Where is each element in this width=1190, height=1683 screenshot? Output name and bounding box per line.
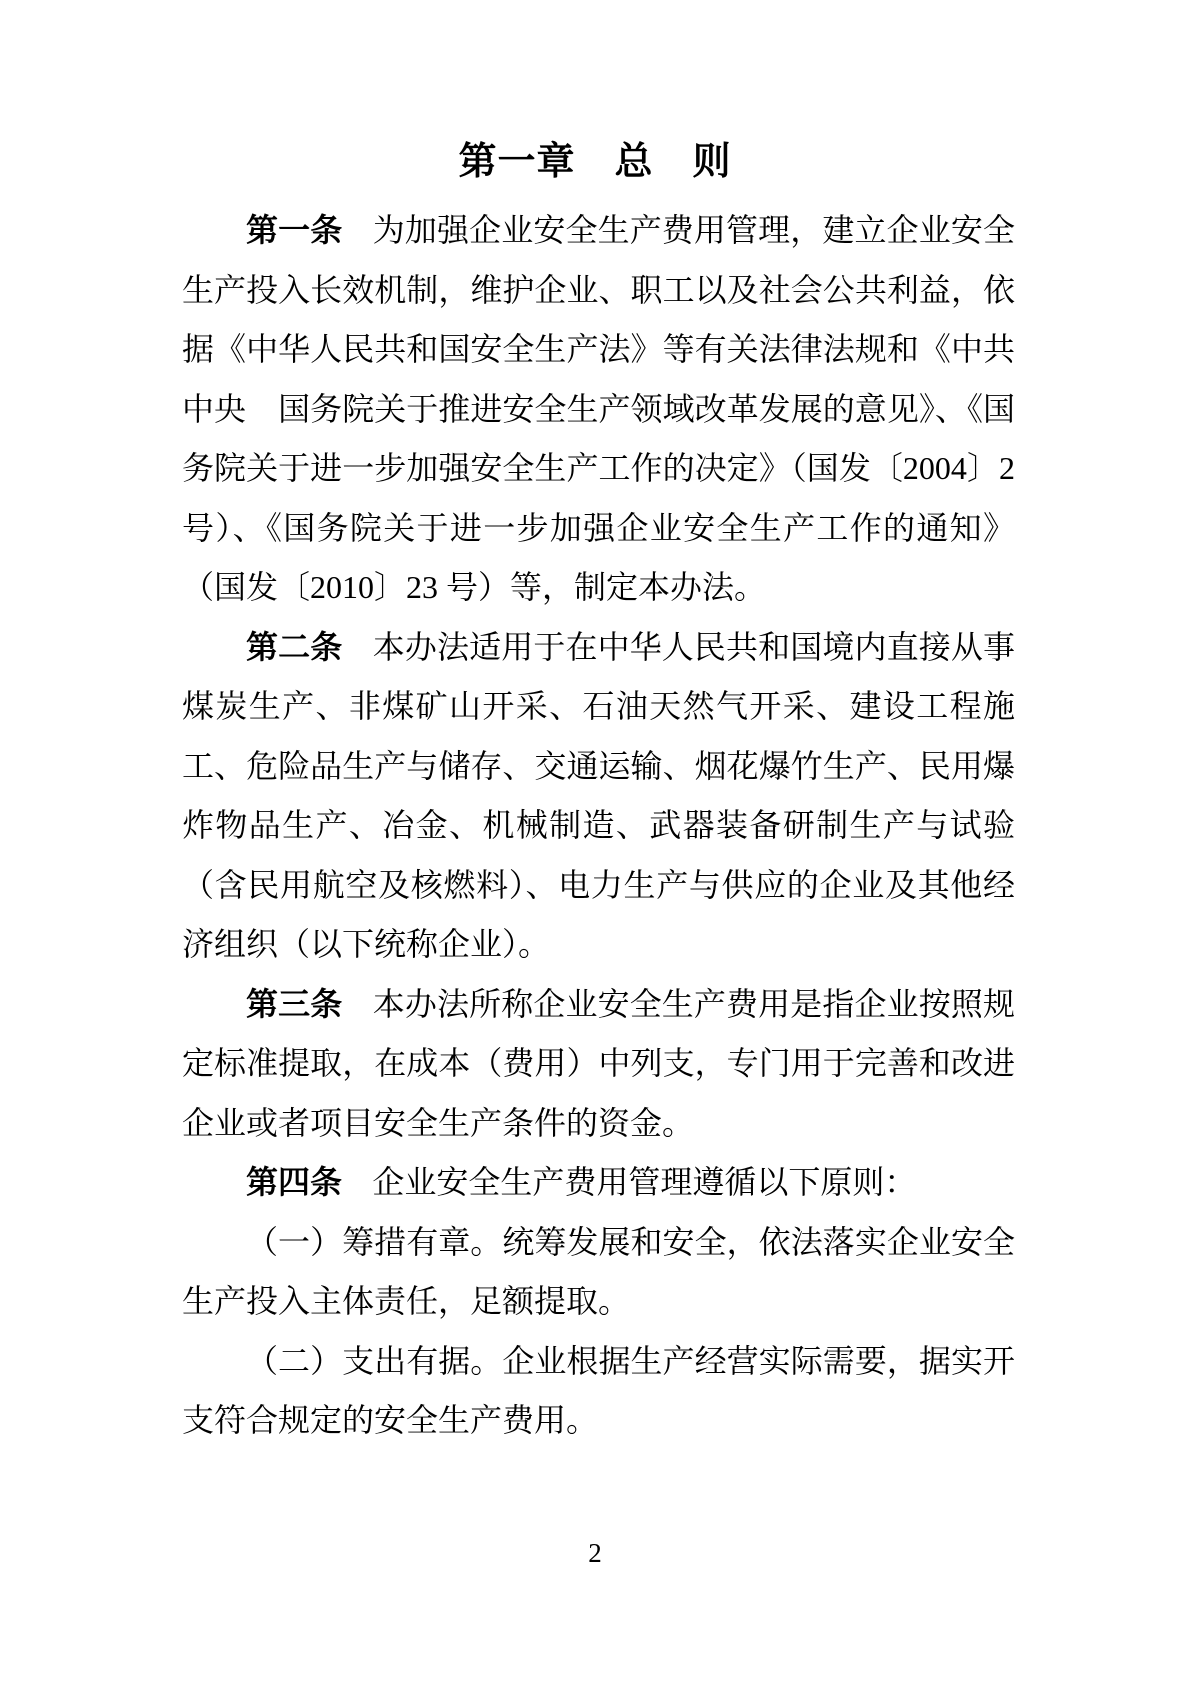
article-4-number: 第四条 [246, 1164, 342, 1200]
paragraph-article-4: 第四条企业安全生产费用管理遵循以下原则： [182, 1153, 1015, 1213]
paragraph-principle-1: （一）筹措有章。统筹发展和安全，依法落实企业安全生产投入主体责任，足额提取。 [182, 1213, 1015, 1332]
document-page: 第一章 总 则 第一条为加强企业安全生产费用管理，建立企业安全生产投入长效机制，… [0, 0, 1190, 1683]
principle-2-text: （二）支出有据。企业根据生产经营实际需要，据实开支符合规定的安全生产费用。 [182, 1343, 1015, 1439]
article-2-number: 第二条 [246, 629, 342, 665]
article-1-text: 为加强企业安全生产费用管理，建立企业安全生产投入长效机制，维护企业、职工以及社会… [182, 212, 1015, 605]
document-body: 第一条为加强企业安全生产费用管理，建立企业安全生产投入长效机制，维护企业、职工以… [182, 201, 1015, 1451]
paragraph-article-2: 第二条本办法适用于在中华人民共和国境内直接从事煤炭生产、非煤矿山开采、石油天然气… [182, 618, 1015, 975]
article-3-number: 第三条 [246, 986, 342, 1022]
article-4-text: 企业安全生产费用管理遵循以下原则： [372, 1164, 916, 1200]
article-2-text: 本办法适用于在中华人民共和国境内直接从事煤炭生产、非煤矿山开采、石油天然气开采、… [182, 629, 1015, 963]
paragraph-principle-2: （二）支出有据。企业根据生产经营实际需要，据实开支符合规定的安全生产费用。 [182, 1332, 1015, 1451]
page-number: 2 [0, 1538, 1190, 1568]
chapter-title: 第一章 总 则 [0, 140, 1190, 184]
paragraph-article-3: 第三条本办法所称企业安全生产费用是指企业按照规定标准提取，在成本（费用）中列支，… [182, 975, 1015, 1154]
principle-1-text: （一）筹措有章。统筹发展和安全，依法落实企业安全生产投入主体责任，足额提取。 [182, 1224, 1015, 1320]
article-1-number: 第一条 [246, 212, 342, 248]
paragraph-article-1: 第一条为加强企业安全生产费用管理，建立企业安全生产投入长效机制，维护企业、职工以… [182, 201, 1015, 618]
